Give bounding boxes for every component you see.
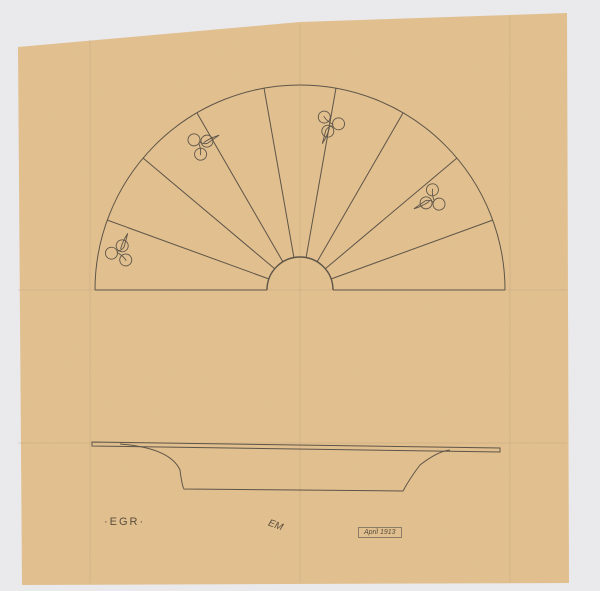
initials-label: ·EGR· — [104, 516, 145, 528]
drawing-svg — [0, 0, 600, 591]
drawing-sheet: ·EGR· EM April 1913 — [0, 0, 600, 591]
date-label: April 1913 — [358, 527, 402, 538]
